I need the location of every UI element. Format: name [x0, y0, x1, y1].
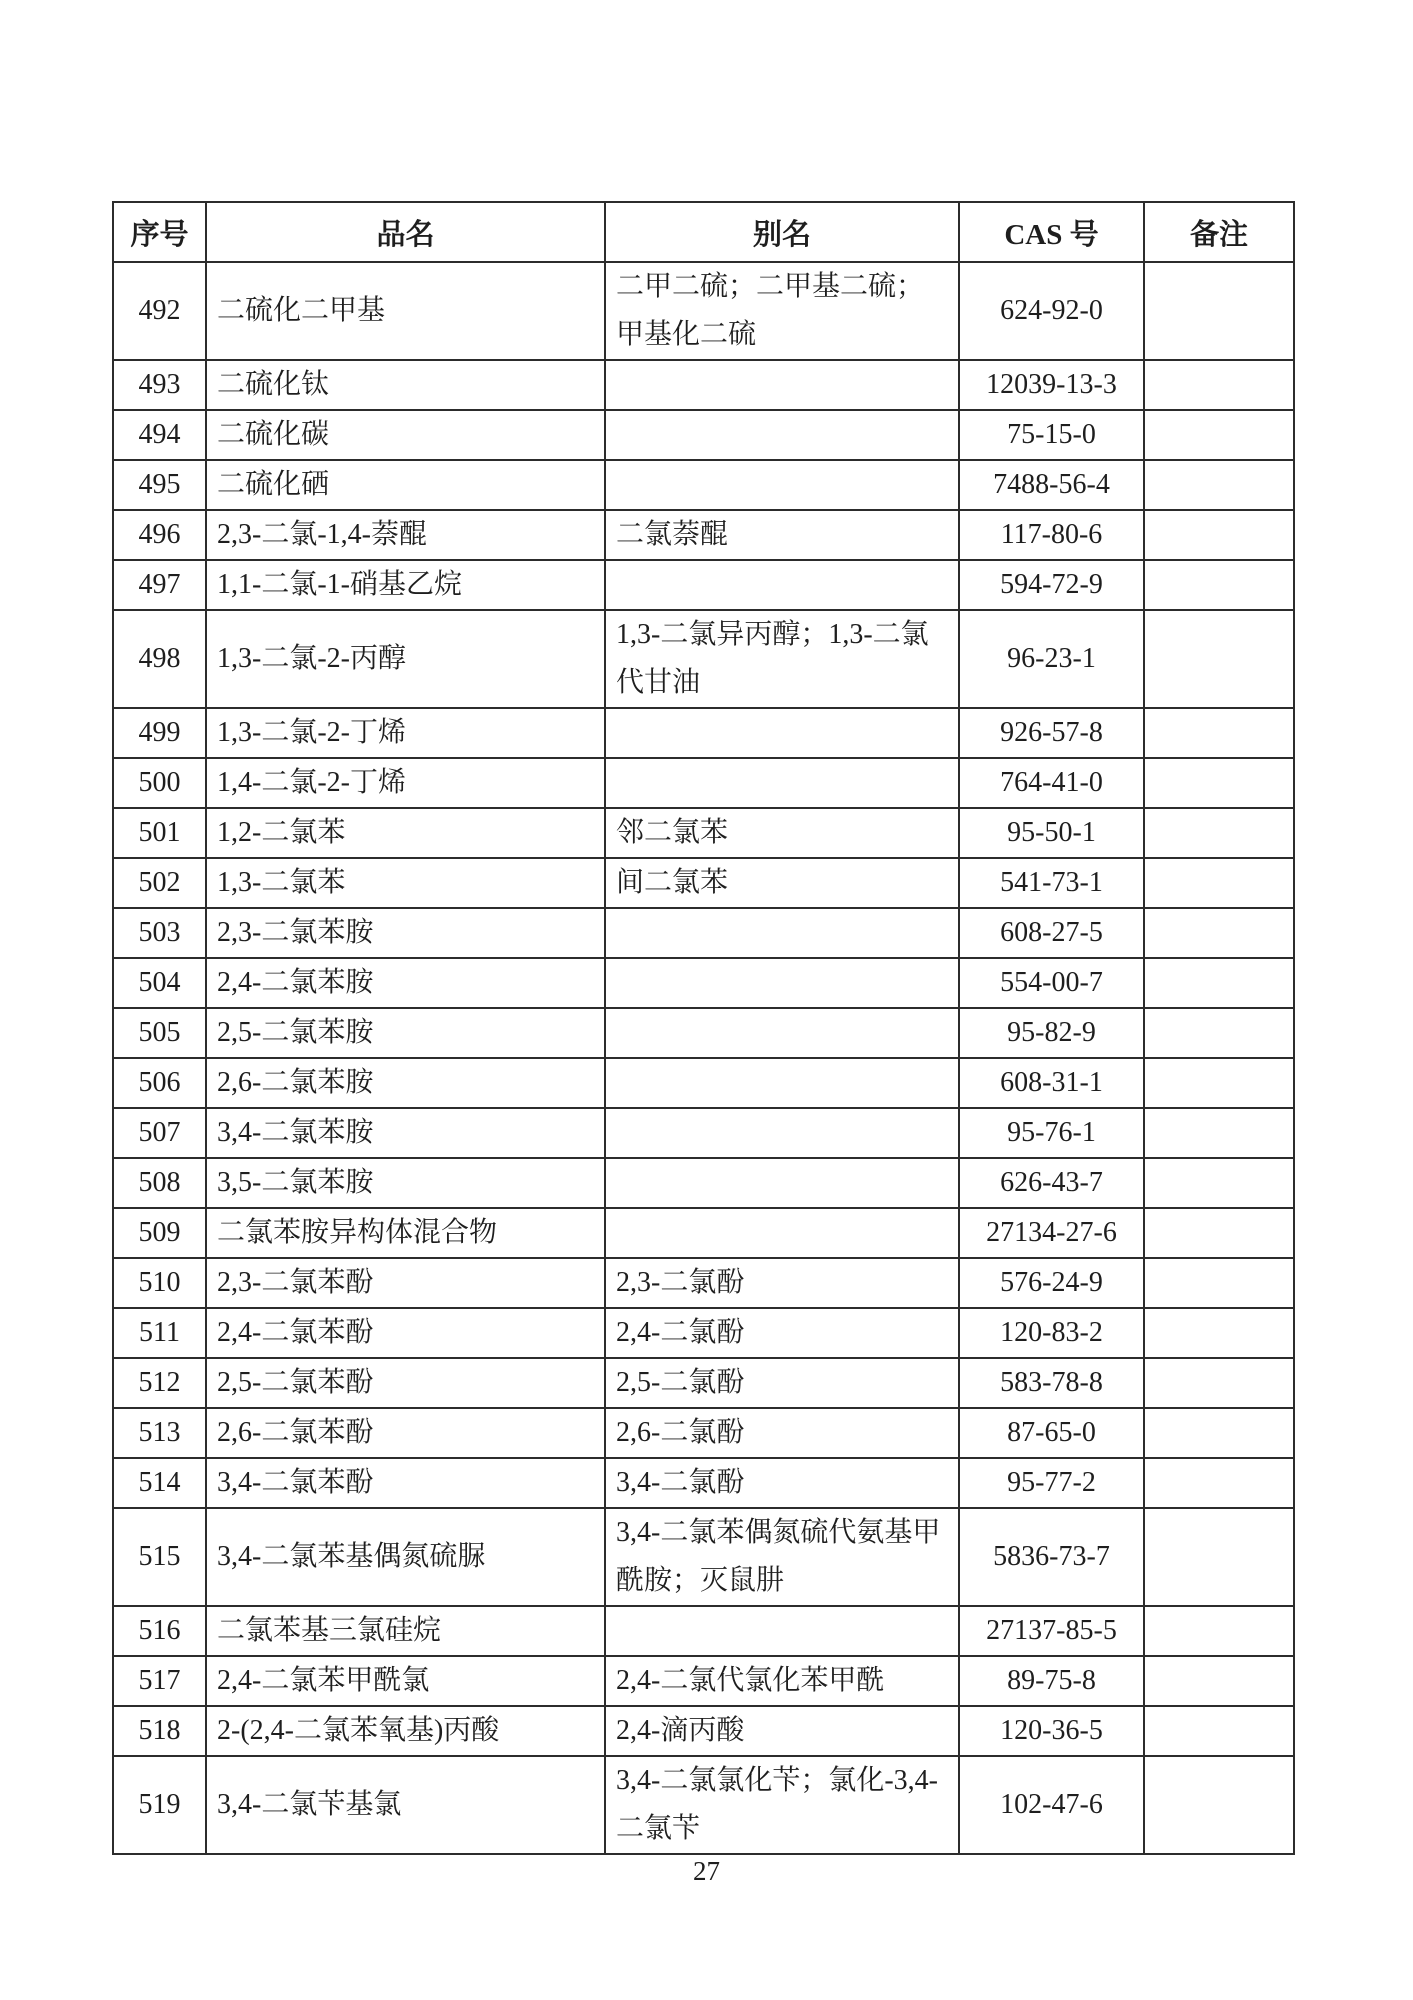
row-cas-number: 27134-27-6	[959, 1208, 1144, 1258]
table-row: 506 2,6-二氯苯胺 608-31-1	[113, 1058, 1294, 1108]
row-cas-number: 608-27-5	[959, 908, 1144, 958]
row-cas-number: 102-47-6	[959, 1756, 1144, 1854]
row-serial-number: 516	[113, 1606, 206, 1656]
table-row: 499 1,3-二氯-2-丁烯 926-57-8	[113, 708, 1294, 758]
row-alias: 二氯萘醌	[605, 510, 959, 560]
table-row: 515 3,4-二氯苯基偶氮硫脲 3,4-二氯苯偶氮硫代氨基甲酰胺；灭鼠肼 58…	[113, 1508, 1294, 1606]
row-serial-number: 514	[113, 1458, 206, 1508]
table-row: 493 二硫化钛 12039-13-3	[113, 360, 1294, 410]
page-number: 27	[0, 1856, 1413, 1887]
row-cas-number: 27137-85-5	[959, 1606, 1144, 1656]
row-cas-number: 7488-56-4	[959, 460, 1144, 510]
row-cas-number: 95-50-1	[959, 808, 1144, 858]
row-cas-number: 75-15-0	[959, 410, 1144, 460]
row-serial-number: 517	[113, 1656, 206, 1706]
row-note	[1144, 1108, 1294, 1158]
row-note	[1144, 1258, 1294, 1308]
row-product-name: 二氯苯基三氯硅烷	[206, 1606, 605, 1656]
table-row: 517 2,4-二氯苯甲酰氯 2,4-二氯代氯化苯甲酰 89-75-8	[113, 1656, 1294, 1706]
row-serial-number: 498	[113, 610, 206, 708]
row-serial-number: 497	[113, 560, 206, 610]
row-product-name: 2,4-二氯苯甲酰氯	[206, 1656, 605, 1706]
column-header-product-name: 品名	[206, 202, 605, 262]
row-alias	[605, 758, 959, 808]
row-note	[1144, 1706, 1294, 1756]
row-product-name: 2,4-二氯苯酚	[206, 1308, 605, 1358]
table-row: 497 1,1-二氯-1-硝基乙烷 594-72-9	[113, 560, 1294, 610]
row-product-name: 二硫化硒	[206, 460, 605, 510]
row-serial-number: 496	[113, 510, 206, 560]
row-serial-number: 506	[113, 1058, 206, 1108]
table-row: 503 2,3-二氯苯胺 608-27-5	[113, 908, 1294, 958]
row-product-name: 2,3-二氯-1,4-萘醌	[206, 510, 605, 560]
row-note	[1144, 1606, 1294, 1656]
row-alias	[605, 908, 959, 958]
row-serial-number: 510	[113, 1258, 206, 1308]
row-serial-number: 509	[113, 1208, 206, 1258]
row-alias: 间二氯苯	[605, 858, 959, 908]
row-serial-number: 515	[113, 1508, 206, 1606]
row-serial-number: 518	[113, 1706, 206, 1756]
column-header-cas-number: CAS 号	[959, 202, 1144, 262]
row-alias: 2,3-二氯酚	[605, 1258, 959, 1308]
row-cas-number: 117-80-6	[959, 510, 1144, 560]
row-product-name: 1,3-二氯-2-丙醇	[206, 610, 605, 708]
row-alias	[605, 460, 959, 510]
row-cas-number: 120-83-2	[959, 1308, 1144, 1358]
column-header-alias: 别名	[605, 202, 959, 262]
row-product-name: 二硫化钛	[206, 360, 605, 410]
row-cas-number: 95-77-2	[959, 1458, 1144, 1508]
row-serial-number: 495	[113, 460, 206, 510]
table-row: 492 二硫化二甲基 二甲二硫；二甲基二硫；甲基化二硫 624-92-0	[113, 262, 1294, 360]
row-alias: 1,3-二氯异丙醇；1,3-二氯代甘油	[605, 610, 959, 708]
table-row: 514 3,4-二氯苯酚 3,4-二氯酚 95-77-2	[113, 1458, 1294, 1508]
row-alias: 邻二氯苯	[605, 808, 959, 858]
row-alias: 3,4-二氯苯偶氮硫代氨基甲酰胺；灭鼠肼	[605, 1508, 959, 1606]
row-product-name: 3,5-二氯苯胺	[206, 1158, 605, 1208]
table-row: 500 1,4-二氯-2-丁烯 764-41-0	[113, 758, 1294, 808]
table-row: 502 1,3-二氯苯 间二氯苯 541-73-1	[113, 858, 1294, 908]
row-alias	[605, 1208, 959, 1258]
chemicals-table: 序号 品名 别名 CAS 号 备注 492 二硫化二甲基 二甲二硫；二甲基二硫；…	[112, 201, 1295, 1855]
document-page: 序号 品名 别名 CAS 号 备注 492 二硫化二甲基 二甲二硫；二甲基二硫；…	[0, 0, 1413, 2000]
row-cas-number: 5836-73-7	[959, 1508, 1144, 1606]
row-note	[1144, 510, 1294, 560]
row-product-name: 2,3-二氯苯胺	[206, 908, 605, 958]
row-note	[1144, 1058, 1294, 1108]
table-row: 519 3,4-二氯苄基氯 3,4-二氯氯化苄；氯化-3,4-二氯苄 102-4…	[113, 1756, 1294, 1854]
row-product-name: 2,5-二氯苯酚	[206, 1358, 605, 1408]
row-cas-number: 926-57-8	[959, 708, 1144, 758]
row-cas-number: 583-78-8	[959, 1358, 1144, 1408]
row-alias	[605, 708, 959, 758]
row-note	[1144, 1308, 1294, 1358]
row-alias	[605, 1108, 959, 1158]
row-note	[1144, 1458, 1294, 1508]
column-header-note: 备注	[1144, 202, 1294, 262]
row-alias: 2,5-二氯酚	[605, 1358, 959, 1408]
row-serial-number: 508	[113, 1158, 206, 1208]
row-alias	[605, 1606, 959, 1656]
row-alias	[605, 958, 959, 1008]
table-row: 498 1,3-二氯-2-丙醇 1,3-二氯异丙醇；1,3-二氯代甘油 96-2…	[113, 610, 1294, 708]
row-note	[1144, 360, 1294, 410]
row-note	[1144, 262, 1294, 360]
table-row: 510 2,3-二氯苯酚 2,3-二氯酚 576-24-9	[113, 1258, 1294, 1308]
table-row: 504 2,4-二氯苯胺 554-00-7	[113, 958, 1294, 1008]
row-note	[1144, 908, 1294, 958]
row-cas-number: 594-72-9	[959, 560, 1144, 610]
table-row: 512 2,5-二氯苯酚 2,5-二氯酚 583-78-8	[113, 1358, 1294, 1408]
row-cas-number: 576-24-9	[959, 1258, 1144, 1308]
table-row: 507 3,4-二氯苯胺 95-76-1	[113, 1108, 1294, 1158]
row-product-name: 1,4-二氯-2-丁烯	[206, 758, 605, 808]
table-row: 501 1,2-二氯苯 邻二氯苯 95-50-1	[113, 808, 1294, 858]
row-note	[1144, 1208, 1294, 1258]
row-note	[1144, 758, 1294, 808]
row-serial-number: 512	[113, 1358, 206, 1408]
row-note	[1144, 1508, 1294, 1606]
row-alias: 2,6-二氯酚	[605, 1408, 959, 1458]
table-row: 508 3,5-二氯苯胺 626-43-7	[113, 1158, 1294, 1208]
row-cas-number: 541-73-1	[959, 858, 1144, 908]
table-row: 495 二硫化硒 7488-56-4	[113, 460, 1294, 510]
row-serial-number: 499	[113, 708, 206, 758]
row-note	[1144, 560, 1294, 610]
row-alias: 2,4-二氯酚	[605, 1308, 959, 1358]
row-serial-number: 492	[113, 262, 206, 360]
row-note	[1144, 1008, 1294, 1058]
row-product-name: 3,4-二氯苄基氯	[206, 1756, 605, 1854]
row-cas-number: 764-41-0	[959, 758, 1144, 808]
table-row: 505 2,5-二氯苯胺 95-82-9	[113, 1008, 1294, 1058]
row-product-name: 1,1-二氯-1-硝基乙烷	[206, 560, 605, 610]
row-product-name: 2,6-二氯苯酚	[206, 1408, 605, 1458]
row-cas-number: 120-36-5	[959, 1706, 1144, 1756]
row-product-name: 2-(2,4-二氯苯氧基)丙酸	[206, 1706, 605, 1756]
row-note	[1144, 808, 1294, 858]
row-alias: 2,4-二氯代氯化苯甲酰	[605, 1656, 959, 1706]
row-cas-number: 89-75-8	[959, 1656, 1144, 1706]
row-product-name: 1,2-二氯苯	[206, 808, 605, 858]
row-cas-number: 95-76-1	[959, 1108, 1144, 1158]
row-alias: 3,4-二氯酚	[605, 1458, 959, 1508]
table-row: 494 二硫化碳 75-15-0	[113, 410, 1294, 460]
row-note	[1144, 1756, 1294, 1854]
row-cas-number: 95-82-9	[959, 1008, 1144, 1058]
row-serial-number: 503	[113, 908, 206, 958]
row-serial-number: 507	[113, 1108, 206, 1158]
row-cas-number: 554-00-7	[959, 958, 1144, 1008]
row-serial-number: 504	[113, 958, 206, 1008]
row-serial-number: 493	[113, 360, 206, 410]
row-note	[1144, 1408, 1294, 1458]
row-alias	[605, 410, 959, 460]
row-serial-number: 505	[113, 1008, 206, 1058]
row-alias	[605, 1158, 959, 1208]
row-product-name: 3,4-二氯苯酚	[206, 1458, 605, 1508]
row-product-name: 3,4-二氯苯胺	[206, 1108, 605, 1158]
row-serial-number: 511	[113, 1308, 206, 1358]
row-cas-number: 608-31-1	[959, 1058, 1144, 1108]
row-product-name: 1,3-二氯苯	[206, 858, 605, 908]
row-cas-number: 96-23-1	[959, 610, 1144, 708]
row-serial-number: 500	[113, 758, 206, 808]
table-row: 511 2,4-二氯苯酚 2,4-二氯酚 120-83-2	[113, 1308, 1294, 1358]
table-row: 496 2,3-二氯-1,4-萘醌 二氯萘醌 117-80-6	[113, 510, 1294, 560]
row-note	[1144, 610, 1294, 708]
row-cas-number: 12039-13-3	[959, 360, 1144, 410]
row-product-name: 2,4-二氯苯胺	[206, 958, 605, 1008]
row-note	[1144, 460, 1294, 510]
row-serial-number: 519	[113, 1756, 206, 1854]
table-row: 513 2,6-二氯苯酚 2,6-二氯酚 87-65-0	[113, 1408, 1294, 1458]
row-product-name: 3,4-二氯苯基偶氮硫脲	[206, 1508, 605, 1606]
row-product-name: 2,6-二氯苯胺	[206, 1058, 605, 1108]
row-serial-number: 513	[113, 1408, 206, 1458]
table-row: 516 二氯苯基三氯硅烷 27137-85-5	[113, 1606, 1294, 1656]
row-cas-number: 87-65-0	[959, 1408, 1144, 1458]
row-alias: 3,4-二氯氯化苄；氯化-3,4-二氯苄	[605, 1756, 959, 1854]
row-alias: 2,4-滴丙酸	[605, 1706, 959, 1756]
table-header-row: 序号 品名 别名 CAS 号 备注	[113, 202, 1294, 262]
row-note	[1144, 958, 1294, 1008]
row-cas-number: 624-92-0	[959, 262, 1144, 360]
row-product-name: 二硫化二甲基	[206, 262, 605, 360]
row-serial-number: 494	[113, 410, 206, 460]
row-note	[1144, 410, 1294, 460]
row-cas-number: 626-43-7	[959, 1158, 1144, 1208]
row-note	[1144, 858, 1294, 908]
row-note	[1144, 1656, 1294, 1706]
row-product-name: 二氯苯胺异构体混合物	[206, 1208, 605, 1258]
row-note	[1144, 1358, 1294, 1408]
table-row: 509 二氯苯胺异构体混合物 27134-27-6	[113, 1208, 1294, 1258]
row-alias	[605, 1008, 959, 1058]
row-alias: 二甲二硫；二甲基二硫；甲基化二硫	[605, 262, 959, 360]
row-product-name: 1,3-二氯-2-丁烯	[206, 708, 605, 758]
row-serial-number: 502	[113, 858, 206, 908]
column-header-serial: 序号	[113, 202, 206, 262]
row-alias	[605, 560, 959, 610]
row-product-name: 2,5-二氯苯胺	[206, 1008, 605, 1058]
row-serial-number: 501	[113, 808, 206, 858]
table-row: 518 2-(2,4-二氯苯氧基)丙酸 2,4-滴丙酸 120-36-5	[113, 1706, 1294, 1756]
row-alias	[605, 1058, 959, 1108]
row-note	[1144, 1158, 1294, 1208]
row-product-name: 2,3-二氯苯酚	[206, 1258, 605, 1308]
row-alias	[605, 360, 959, 410]
row-note	[1144, 708, 1294, 758]
row-product-name: 二硫化碳	[206, 410, 605, 460]
